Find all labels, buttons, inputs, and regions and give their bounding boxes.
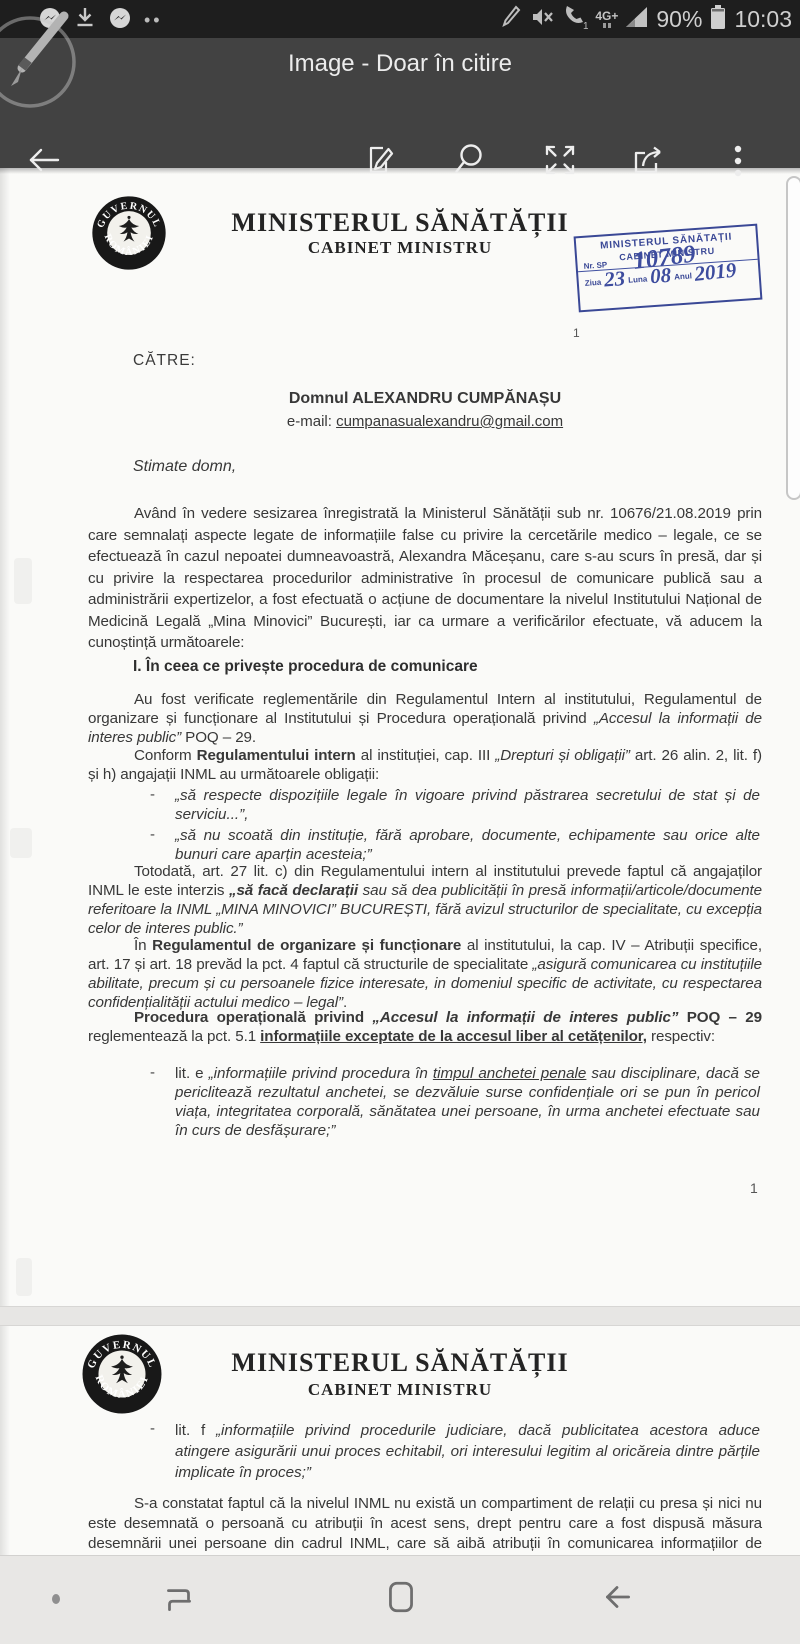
home-button[interactable] — [382, 1578, 420, 1621]
overflow-menu-button[interactable] — [732, 144, 744, 185]
scrollbar-thumb[interactable] — [786, 176, 800, 500]
messenger-notification-icon-2 — [108, 6, 132, 35]
bullet-obligation-2: „să nu scoată din instituție, fără aprob… — [175, 826, 760, 864]
email-label: e-mail: — [287, 413, 336, 430]
bullet-obligation-1: „să respecte dispozițiile legale în vigo… — [175, 786, 760, 824]
paragraph-totodata: Totodată, art. 27 lit. c) din Regulament… — [88, 862, 762, 938]
bullet-marker: - — [150, 826, 155, 843]
back-button[interactable] — [24, 142, 64, 183]
navigation-bar — [0, 1555, 800, 1644]
scan-smudge — [14, 558, 32, 604]
ministry-title-page2: MINISTERUL SĂNĂTĂȚII — [0, 1348, 800, 1378]
recipient-name: Domnul ALEXANDRU CUMPĂNAȘU — [88, 390, 762, 408]
share-button[interactable] — [630, 142, 668, 183]
registry-stamp: MINISTERUL SĂNĂTAȚII CABINET MINISTRU Nr… — [574, 224, 763, 313]
download-complete-icon — [74, 6, 96, 35]
page-number: 1 — [750, 1180, 758, 1196]
data-activity-bars — [603, 23, 611, 28]
messenger-notification-icon — [38, 6, 62, 35]
page-divider — [0, 1306, 800, 1326]
stamp-day-label: Ziua — [585, 278, 602, 288]
recents-button[interactable] — [160, 1578, 198, 1621]
battery-percent-label: 90% — [656, 2, 702, 36]
nav-back-button[interactable] — [598, 1578, 636, 1621]
stamp-year-value: 2019 — [694, 263, 737, 281]
stamp-month-label: Luna — [628, 274, 648, 284]
paragraph-intro: Având în vedere sesizarea înregistrată l… — [88, 503, 762, 654]
app-header: Image - Doar în citire — [0, 38, 800, 168]
signal-strength-icon — [625, 6, 649, 33]
footnote-mark: 1 — [573, 326, 580, 340]
phone-call-status-icon: 1 — [562, 3, 588, 36]
window-title: Image - Doar în citire — [0, 50, 800, 78]
page-left-edge — [0, 168, 10, 1555]
network-type-indicator: 4G+ — [595, 10, 618, 28]
stamp-day-value: 23 — [604, 271, 626, 286]
paragraph-procedura: Procedura operațională privind „Accesul … — [88, 1008, 762, 1046]
section-heading: I. În ceea ce privește procedura de comu… — [133, 658, 478, 676]
paragraph-conform: Conform Regulamentului intern al institu… — [88, 746, 762, 784]
phone-screen: •• 1 4G+ 90% 10:03 — [0, 0, 800, 1644]
battery-icon — [709, 3, 727, 36]
nav-hide-dot — [52, 1594, 60, 1604]
cabinet-subtitle-page2: CABINET MINISTRU — [0, 1380, 800, 1400]
salutation: Stimate domn, — [133, 458, 236, 476]
paragraph-regulament: În Regulamentul de organizare și funcțio… — [88, 936, 762, 1012]
paragraph-verificate: Au fost verificate reglementările din Re… — [88, 690, 762, 747]
to-label: CĂTRE: — [133, 352, 196, 370]
bullet-marker: - — [150, 1064, 155, 1081]
recipient-email-line: e-mail: cumpanasualexandru@gmail.com — [88, 413, 762, 430]
sound-muted-icon — [529, 4, 555, 35]
scan-smudge — [10, 828, 32, 858]
spen-status-icon — [500, 4, 522, 35]
search-button[interactable] — [452, 142, 488, 183]
edit-button[interactable] — [362, 142, 398, 183]
stamp-year-label: Anul — [674, 271, 692, 281]
bullet-marker: - — [150, 1420, 155, 1437]
clock-label: 10:03 — [734, 2, 792, 36]
email-address: cumpanasualexandru@gmail.com — [336, 413, 563, 430]
bullet-lit-e: lit. e „informațiile privind procedura î… — [175, 1064, 760, 1140]
scan-smudge — [16, 1258, 32, 1296]
bullet-lit-f: lit. f „informațiile privind procedurile… — [175, 1420, 760, 1483]
stamp-nr-value: 10789 — [632, 247, 696, 269]
bullet-marker: - — [150, 786, 155, 803]
fullscreen-button[interactable] — [542, 142, 578, 183]
document-image: GUVERNUL ROMÂNIEI MINISTERUL SĂNĂTĂȚII C… — [0, 168, 800, 1555]
status-bar: •• 1 4G+ 90% 10:03 — [0, 0, 800, 38]
svg-text:1: 1 — [583, 21, 588, 31]
document-top-shadow — [0, 168, 800, 174]
more-notifications-indicator: •• — [144, 5, 163, 35]
